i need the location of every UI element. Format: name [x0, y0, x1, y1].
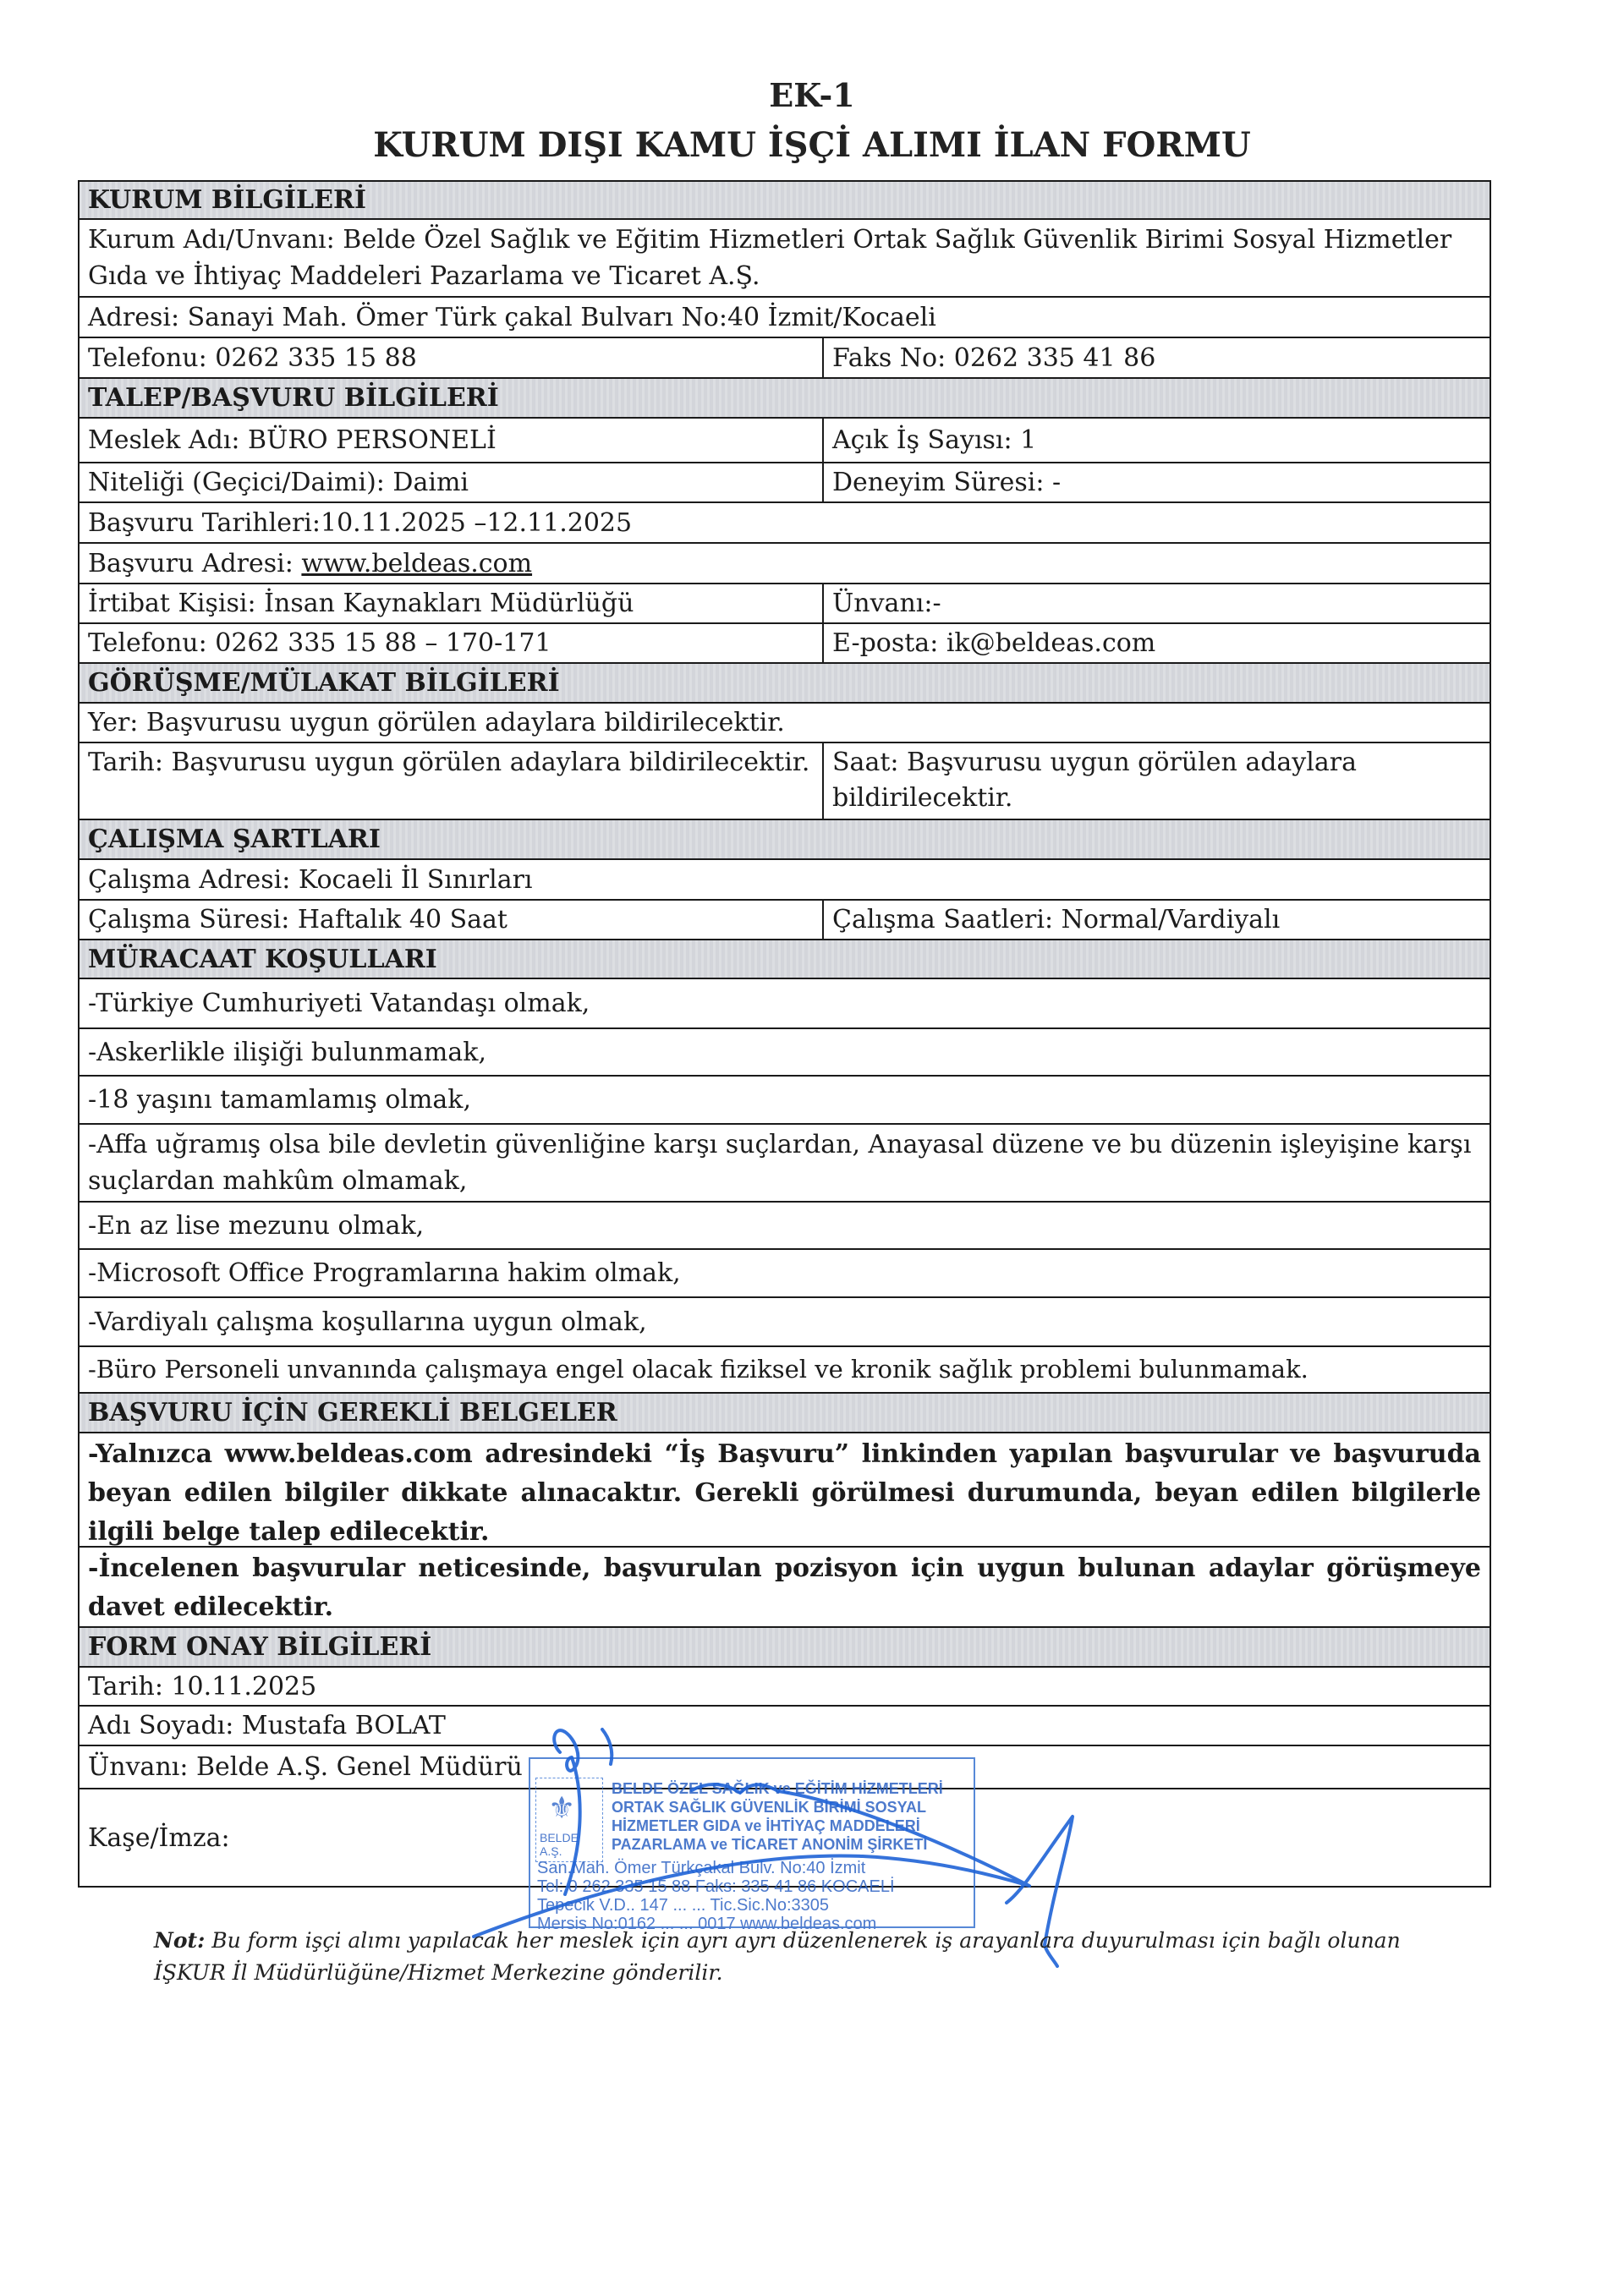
muracaat-item: -Microsoft Office Programlarına hakim ol… [78, 1250, 1491, 1298]
calisma-adresi-text: Çalışma Adresi: Kocaeli İl Sınırları [80, 860, 1490, 899]
onay-adi-soyadi-text: Adı Soyadı: Mustafa BOLAT [80, 1707, 1490, 1745]
deneyim-text: Deneyim Süresi: - [824, 463, 1490, 501]
field-kurum-adresi: Adresi: Sanayi Mah. Ömer Türk çakal Bulv… [78, 298, 1491, 338]
section-header-calisma: ÇALIŞMA ŞARTLARI [78, 820, 1491, 860]
nitelik-text: Niteliği (Geçici/Daimi): Daimi [80, 463, 824, 501]
muracaat-item: -18 yaşını tamamlamış olmak, [78, 1077, 1491, 1125]
section-title: BAŞVURU İÇİN GEREKLİ BELGELER [80, 1394, 1490, 1432]
section-header-muracaat: MÜRACAAT KOŞULLARI [78, 940, 1491, 979]
field-basvuru-tarihleri: Başvuru Tarihleri:10.11.2025 –12.11.2025 [78, 503, 1491, 544]
muracaat-item-text: -Türkiye Cumhuriyeti Vatandaşı olmak, [80, 979, 1490, 1027]
field-gorusme-tarih-saat: Tarih: Başvurusu uygun görülen adaylara … [78, 743, 1491, 820]
belge-item-text: -Yalnızca www.beldeas.com adresindeki “İ… [80, 1433, 1490, 1546]
talep-eposta-text: E-posta: ik@beldeas.com [824, 624, 1490, 662]
stamp-line: ORTAK SAĞLIK GÜVENLİK BİRİMİ SOSYAL [612, 1798, 967, 1817]
acik-is-text: Açık İş Sayısı: 1 [824, 419, 1490, 462]
emblem-icon: ⚜ [548, 1790, 575, 1826]
section-title: KURUM BİLGİLERİ [80, 182, 1490, 218]
section-header-talep: TALEP/BAŞVURU BİLGİLERİ [78, 379, 1491, 419]
kurum-adi-text: Kurum Adı/Unvanı: Belde Özel Sağlık ve E… [80, 220, 1490, 296]
stamp-line: San.Mah. Ömer Türkçakal Bulv. No:40 İzmi… [537, 1859, 967, 1877]
field-irtibat: İrtibat Kişisi: İnsan Kaynakları Müdürlü… [78, 584, 1491, 624]
belge-item: -Yalnızca www.beldeas.com adresindeki “İ… [78, 1433, 1491, 1548]
basvuru-tarihleri-text: Başvuru Tarihleri:10.11.2025 –12.11.2025 [80, 503, 1490, 542]
stamp-logo: ⚜ BELDE A.Ş. [535, 1778, 603, 1862]
muracaat-item-text: -Microsoft Office Programlarına hakim ol… [80, 1250, 1490, 1296]
kurum-telefon-text: Telefonu: 0262 335 15 88 [80, 338, 824, 377]
kurum-faks-text: Faks No: 0262 335 41 86 [824, 338, 1490, 377]
field-talep-iletisim: Telefonu: 0262 335 15 88 – 170-171 E-pos… [78, 624, 1491, 664]
footnote-label: Not: [154, 1928, 205, 1953]
muracaat-item-text: -Affa uğramış olsa bile devletin güvenli… [80, 1125, 1490, 1201]
talep-telefon-text: Telefonu: 0262 335 15 88 – 170-171 [80, 624, 824, 662]
gorusme-tarih-text: Tarih: Başvurusu uygun görülen adaylara … [80, 743, 824, 819]
field-onay-adi-soyadi: Adı Soyadı: Mustafa BOLAT [78, 1707, 1491, 1746]
field-kurum-telefon-faks: Telefonu: 0262 335 15 88 Faks No: 0262 3… [78, 338, 1491, 379]
field-kurum-adi: Kurum Adı/Unvanı: Belde Özel Sağlık ve E… [78, 220, 1491, 298]
stamp-line: Tepecik V.D.. 147 ... ... Tic.Sic.No:330… [537, 1896, 967, 1915]
basvuru-adresi: Başvuru Adresi: www.beldeas.com [80, 544, 1490, 583]
onay-tarih-text: Tarih: 10.11.2025 [80, 1668, 1490, 1705]
calisma-suresi-text: Çalışma Süresi: Haftalık 40 Saat [80, 901, 824, 939]
stamp-line: BELDE ÖZEL SAĞLIK ve EĞİTİM HİZMETLERİ [612, 1779, 967, 1798]
stamp-line: HİZMETLER GIDA ve İHTİYAÇ MADDELERİ [612, 1817, 967, 1835]
basvuru-adresi-label: Başvuru Adresi: [88, 545, 301, 583]
gorusme-yer-text: Yer: Başvurusu uygun görülen adaylara bi… [80, 704, 1490, 742]
muracaat-item-text: -En az lise mezunu olmak, [80, 1203, 1490, 1248]
section-header-kurum: KURUM BİLGİLERİ [78, 180, 1491, 220]
section-title: MÜRACAAT KOŞULLARI [80, 940, 1490, 978]
section-title: ÇALIŞMA ŞARTLARI [80, 820, 1490, 858]
irtibat-unvan-text: Ünvanı:- [824, 584, 1490, 622]
muracaat-item-text: -Vardiyalı çalışma koşullarına uygun olm… [80, 1298, 1490, 1345]
muracaat-item-text: -18 yaşını tamamlamış olmak, [80, 1077, 1490, 1123]
stamp-company-name: BELDE ÖZEL SAĞLIK ve EĞİTİM HİZMETLERİ O… [612, 1779, 967, 1854]
field-meslek: Meslek Adı: BÜRO PERSONELİ Açık İş Sayıs… [78, 419, 1491, 463]
calisma-saatleri-text: Çalışma Saatleri: Normal/Vardiyalı [824, 901, 1490, 939]
muracaat-item-text: -Askerlikle ilişiği bulunmamak, [80, 1029, 1490, 1075]
annex-label: EK-1 [0, 76, 1624, 114]
belge-item-text: -İncelenen başvurular neticesinde, başvu… [80, 1548, 1490, 1626]
muracaat-item: -En az lise mezunu olmak, [78, 1203, 1491, 1250]
form-title: KURUM DIŞI KAMU İŞÇİ ALIMI İLAN FORMU [0, 125, 1624, 165]
meslek-text: Meslek Adı: BÜRO PERSONELİ [80, 419, 824, 462]
muracaat-item: -Vardiyalı çalışma koşullarına uygun olm… [78, 1298, 1491, 1347]
kurum-adresi-text: Adresi: Sanayi Mah. Ömer Türk çakal Bulv… [80, 298, 1490, 337]
stamp-line: Tel: 0 262 335 15 88 Faks: 335 41 86 KOC… [537, 1877, 967, 1896]
section-header-gorusme: GÖRÜŞME/MÜLAKAT BİLGİLERİ [78, 664, 1491, 704]
basvuru-adresi-link[interactable]: www.beldeas.com [301, 545, 532, 583]
irtibat-text: İrtibat Kişisi: İnsan Kaynakları Müdürlü… [80, 584, 824, 622]
muracaat-item: -Büro Personeli unvanında çalışmaya enge… [78, 1347, 1491, 1394]
field-basvuru-adresi: Başvuru Adresi: www.beldeas.com [78, 544, 1491, 584]
section-title: TALEP/BAŞVURU BİLGİLERİ [80, 379, 1490, 417]
footnote: Not: Bu form işçi alımı yapılacak her me… [154, 1925, 1431, 1989]
stamp-logo-label: BELDE A.Ş. [540, 1831, 602, 1858]
gorusme-saat-text: Saat: Başvurusu uygun görülen adaylara b… [824, 743, 1490, 819]
section-header-onay: FORM ONAY BİLGİLERİ [78, 1628, 1491, 1668]
muracaat-item: -Affa uğramış olsa bile devletin güvenli… [78, 1125, 1491, 1203]
stamp-address: San.Mah. Ömer Türkçakal Bulv. No:40 İzmi… [537, 1859, 967, 1933]
field-calisma-adresi: Çalışma Adresi: Kocaeli İl Sınırları [78, 860, 1491, 901]
footnote-text: Bu form işçi alımı yapılacak her meslek … [154, 1928, 1401, 1985]
field-gorusme-yer: Yer: Başvurusu uygun görülen adaylara bi… [78, 704, 1491, 743]
section-header-belgeler: BAŞVURU İÇİN GEREKLİ BELGELER [78, 1394, 1491, 1433]
company-stamp: ⚜ BELDE A.Ş. BELDE ÖZEL SAĞLIK ve EĞİTİM… [529, 1757, 975, 1928]
muracaat-item: -Askerlikle ilişiği bulunmamak, [78, 1029, 1491, 1077]
field-calisma-sure-saat: Çalışma Süresi: Haftalık 40 Saat Çalışma… [78, 901, 1491, 940]
section-title: GÖRÜŞME/MÜLAKAT BİLGİLERİ [80, 664, 1490, 702]
field-onay-tarih: Tarih: 10.11.2025 [78, 1668, 1491, 1707]
field-nitelik: Niteliği (Geçici/Daimi): Daimi Deneyim S… [78, 463, 1491, 503]
muracaat-item-text: -Büro Personeli unvanında çalışmaya enge… [80, 1347, 1490, 1392]
belge-item: -İncelenen başvurular neticesinde, başvu… [78, 1548, 1491, 1628]
section-title: FORM ONAY BİLGİLERİ [80, 1628, 1490, 1666]
stamp-line: PAZARLAMA ve TİCARET ANONİM ŞİRKETİ [612, 1835, 967, 1854]
muracaat-item: -Türkiye Cumhuriyeti Vatandaşı olmak, [78, 979, 1491, 1029]
